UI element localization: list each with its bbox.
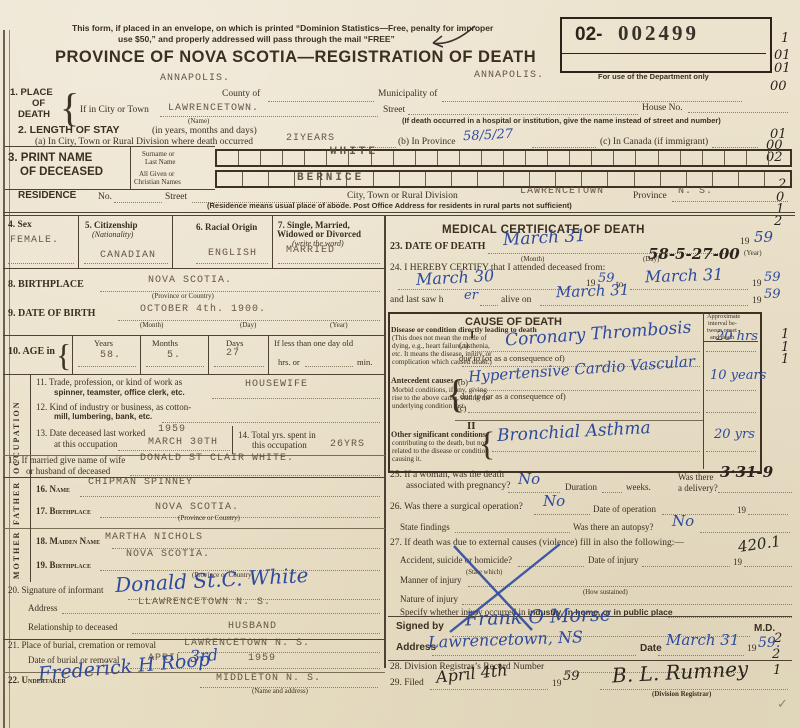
sex-value: FEMALE. bbox=[10, 236, 59, 247]
rule bbox=[72, 335, 73, 374]
name-letter-cell bbox=[239, 151, 261, 165]
duration-label: Duration bbox=[565, 483, 597, 492]
name-letter-cell bbox=[504, 172, 530, 186]
age-label: 10. AGE in bbox=[8, 347, 55, 358]
given-names-sublabel: Christian Names bbox=[134, 179, 181, 186]
municipality-value: ANNAPOLIS. bbox=[474, 71, 544, 82]
trade-label: spinner, teamster, office clerk, etc. bbox=[54, 389, 185, 397]
dotted-rule bbox=[706, 451, 756, 452]
dotted-rule bbox=[305, 366, 353, 367]
autopsy-answer-handwriting: No bbox=[672, 514, 694, 530]
dotted-rule bbox=[706, 390, 756, 391]
name-letter-cell bbox=[416, 151, 438, 165]
cause-a-interval-handwriting: 20 hrs bbox=[716, 330, 758, 344]
surname-sublabel: Last Name bbox=[145, 159, 176, 166]
signed-date-handwriting: March 31 bbox=[666, 633, 739, 649]
dotted-rule bbox=[162, 422, 380, 423]
dotted-rule bbox=[196, 263, 268, 264]
rule bbox=[3, 528, 385, 529]
dotted-rule bbox=[706, 412, 756, 413]
death-certificate-document: This form, if placed in an envelope, on … bbox=[0, 0, 800, 728]
dotted-rule bbox=[744, 566, 792, 567]
delivery-code-handwriting: 3·31-9 bbox=[720, 465, 773, 481]
month-sublabel: (Month) bbox=[140, 322, 163, 329]
dotted-rule bbox=[114, 202, 162, 203]
margin-code: 01 bbox=[774, 62, 791, 76]
name-letter-cell bbox=[217, 151, 239, 165]
year-handwriting: 59 bbox=[754, 230, 773, 246]
physician-address-handwriting: Lawrencetown, NS bbox=[428, 629, 583, 651]
year-printed: 19 bbox=[552, 680, 562, 690]
dotted-rule bbox=[540, 305, 748, 306]
last-worked-label: 13. Date deceased last worked bbox=[36, 429, 145, 438]
date-of-death-label: 23. DATE OF DEATH bbox=[390, 242, 485, 253]
check-mark: ✓ bbox=[777, 697, 788, 711]
name-letter-cell bbox=[765, 172, 790, 186]
binding-edge-line bbox=[3, 30, 5, 728]
delivery-label: a delivery? bbox=[678, 484, 718, 493]
pen-arrow-mark bbox=[425, 22, 477, 50]
father-birthplace-value: NOVA SCOTIA. bbox=[155, 503, 239, 514]
name-letter-cell bbox=[374, 172, 400, 186]
trade-value: HOUSEWIFE bbox=[245, 380, 308, 391]
birthplace-sublabel: (Province or Country) bbox=[152, 293, 214, 300]
stamp-caption: For use of the Department only bbox=[598, 73, 709, 81]
year-handwriting: 59 bbox=[764, 271, 781, 285]
margin-code: 1 bbox=[781, 32, 789, 46]
s2b-value-handwriting: 58/5/27 bbox=[463, 128, 514, 144]
findings-label: State findings bbox=[400, 523, 450, 532]
s1-number-label: 1. PLACE bbox=[10, 88, 53, 98]
name-sublabel: (Name) bbox=[188, 118, 209, 125]
dotted-rule bbox=[602, 492, 622, 493]
binding-edge-line bbox=[9, 30, 10, 728]
dotted-rule bbox=[8, 263, 74, 264]
rule bbox=[3, 335, 385, 336]
rule bbox=[172, 215, 173, 268]
age-years-value: 58. bbox=[100, 351, 121, 362]
year-handwriting: 59 bbox=[764, 288, 781, 302]
name-letter-cell bbox=[452, 172, 478, 186]
mother-maiden-name-label: 18. Maiden Name bbox=[36, 537, 100, 546]
date-of-birth-value: OCTOBER 4th. 1900. bbox=[140, 305, 266, 316]
name-letter-cell bbox=[681, 151, 703, 165]
delivery-label: Was there bbox=[678, 473, 714, 482]
dotted-rule bbox=[132, 633, 380, 634]
column-divider bbox=[384, 215, 386, 668]
signed-by-label: Signed by bbox=[396, 622, 444, 633]
signed-date-label: Date bbox=[640, 644, 662, 655]
age-months-label: Months bbox=[152, 339, 178, 348]
rule bbox=[3, 212, 795, 213]
residence-city-value: LAWRENCETOWN bbox=[520, 187, 604, 198]
spouse-label: 15. If married give name of wife bbox=[8, 456, 125, 465]
dotted-rule bbox=[84, 263, 168, 264]
operation-date-label: Date of operation bbox=[593, 505, 656, 514]
margin-code: 1 bbox=[781, 353, 789, 367]
given-names-value: BERNICE bbox=[297, 173, 364, 185]
dotted-rule bbox=[658, 655, 744, 656]
dotted-rule bbox=[480, 305, 498, 306]
dotted-rule bbox=[630, 289, 748, 290]
rule bbox=[268, 335, 269, 374]
name-letter-cell bbox=[261, 151, 283, 165]
city-town-value: LAWRENCETOWN. bbox=[168, 104, 259, 115]
filed-label: 29. Filed bbox=[390, 679, 424, 689]
county-value: ANNAPOLIS. bbox=[160, 74, 230, 85]
surname-box-row bbox=[215, 149, 792, 167]
name-letter-cell bbox=[614, 151, 636, 165]
cause-code-handwriting: 420.1 bbox=[737, 534, 782, 556]
dotted-rule bbox=[748, 514, 788, 515]
year-sublabel: (Year) bbox=[744, 250, 762, 257]
rule bbox=[30, 528, 31, 582]
dotted-rule bbox=[100, 291, 380, 292]
injury-date-label: Date of injury bbox=[588, 556, 638, 565]
dotted-rule bbox=[472, 351, 700, 352]
residence-no-label: No. bbox=[98, 193, 112, 203]
father-birthplace-label: 17. Birthplace bbox=[36, 507, 91, 516]
year-printed: 19 bbox=[733, 558, 742, 567]
dotted-rule bbox=[706, 351, 756, 352]
racial-origin-label: 6. Racial Origin bbox=[196, 223, 257, 232]
margin-code: 1 bbox=[773, 664, 781, 678]
relationship-value: HUSBAND bbox=[228, 622, 277, 633]
name-letter-cell bbox=[703, 151, 725, 165]
age-years-label: Years bbox=[94, 339, 113, 348]
rule bbox=[208, 335, 209, 374]
weeks-label: weeks. bbox=[626, 483, 651, 492]
mail-note-line2: use $50,” and properly addressed will pa… bbox=[118, 35, 395, 44]
last-worked-label: at this occupation bbox=[54, 440, 117, 449]
name-letter-cell bbox=[769, 151, 790, 165]
city-town-label: If in City or Town bbox=[80, 106, 149, 116]
autopsy-label: Was there an autopsy? bbox=[573, 523, 654, 532]
s3-title: 3. PRINT NAME bbox=[8, 152, 92, 164]
citizenship-sublabel: (Nationality) bbox=[92, 231, 133, 239]
name-letter-cell bbox=[659, 151, 681, 165]
father-name-value: CHIPMAN SPINNEY bbox=[88, 478, 193, 489]
dotted-rule bbox=[492, 451, 700, 452]
name-letter-cell bbox=[478, 172, 504, 186]
name-letter-cell bbox=[570, 151, 592, 165]
dotted-rule bbox=[534, 514, 590, 515]
name-letter-cell bbox=[592, 151, 614, 165]
name-letter-cell bbox=[530, 172, 556, 186]
last-saw-date-handwriting: March 31 bbox=[556, 283, 630, 301]
s1-number-label: DEATH bbox=[18, 110, 50, 120]
name-letter-cell bbox=[747, 151, 769, 165]
rule bbox=[3, 477, 385, 478]
father-birthplace-sublabel: (Province or Country) bbox=[178, 515, 240, 522]
industry-label: mill, lumbering, bank, etc. bbox=[54, 413, 152, 421]
total-years-value: 26YRS bbox=[330, 440, 365, 451]
other-conditions-interval-handwriting: 20 yrs bbox=[714, 428, 755, 442]
birthplace-label: 8. BIRTHPLACE bbox=[8, 280, 84, 291]
burial-date-year-value: 1959 bbox=[248, 654, 276, 665]
attended-from-handwriting: March 30 bbox=[416, 268, 495, 289]
date-of-death-handwriting: March 31 bbox=[503, 228, 587, 250]
surname-value: WHITE bbox=[330, 147, 378, 159]
sex-label: 4. Sex bbox=[8, 221, 32, 231]
name-letter-cell bbox=[504, 151, 526, 165]
dotted-rule bbox=[118, 450, 230, 451]
s3-title: OF DECEASED bbox=[20, 166, 103, 178]
name-letter-cell bbox=[548, 151, 570, 165]
date-of-birth-label: 9. DATE OF BIRTH bbox=[8, 309, 95, 320]
dotted-rule bbox=[430, 689, 548, 690]
dotted-rule bbox=[80, 496, 380, 497]
name-letter-cell bbox=[217, 172, 243, 186]
pregnancy-label: 25. If a woman, was the death bbox=[390, 471, 504, 481]
name-letter-cell bbox=[608, 172, 634, 186]
burial-place-label: 21. Place of burial, cremation or remova… bbox=[8, 641, 156, 650]
mother-side-label: MOTHER bbox=[12, 533, 21, 579]
dotted-rule bbox=[146, 366, 204, 367]
name-letter-cell bbox=[636, 151, 658, 165]
how-sustained-sublabel: (How sustained) bbox=[583, 589, 628, 596]
name-letter-cell bbox=[739, 172, 765, 186]
name-letter-cell bbox=[526, 151, 548, 165]
spouse-label: or husband of deceased bbox=[26, 467, 110, 476]
operation-label: 26. Was there a surgical operation? bbox=[390, 503, 523, 513]
residence-note: (Residence means usual place of abode. P… bbox=[207, 202, 572, 210]
last-saw-label: and last saw h bbox=[390, 296, 444, 306]
name-letter-cell bbox=[305, 151, 327, 165]
form-title: PROVINCE OF NOVA SCOTIA—REGISTRATION OF … bbox=[55, 49, 536, 66]
rule bbox=[232, 426, 233, 454]
name-letter-cell bbox=[661, 172, 687, 186]
name-letter-cell bbox=[635, 172, 661, 186]
dotted-rule bbox=[160, 116, 378, 117]
father-side-label: FATHER bbox=[12, 483, 21, 525]
relationship-label: Relationship to deceased bbox=[28, 623, 117, 632]
day-sublabel: (Day) bbox=[240, 322, 256, 329]
dotted-rule bbox=[532, 147, 596, 148]
division-registrar-signature-handwriting: B. L. Rumney bbox=[612, 658, 749, 686]
dotted-rule bbox=[468, 412, 700, 413]
brace: { bbox=[56, 337, 71, 374]
name-letter-cell bbox=[438, 151, 460, 165]
age-less-than-day-label: If less than one day old bbox=[274, 339, 353, 348]
registration-prefix: 02- bbox=[575, 25, 602, 45]
dotted-rule bbox=[214, 366, 264, 367]
year-sublabel: (Year) bbox=[330, 322, 348, 329]
marital-status-value: MARRIED bbox=[286, 246, 335, 257]
year-printed: 19 bbox=[752, 297, 762, 307]
county-label: County of bbox=[222, 90, 260, 100]
s2-title: 2. LENGTH OF STAY bbox=[18, 125, 120, 136]
rule bbox=[30, 477, 31, 528]
rule bbox=[3, 268, 385, 269]
operation-answer-handwriting: No bbox=[543, 494, 565, 510]
street-label: Street bbox=[383, 106, 405, 116]
age-hrs-label: hrs. or bbox=[278, 358, 300, 367]
citizenship-value: CANADIAN bbox=[100, 251, 156, 262]
racial-origin-value: ENGLISH bbox=[208, 249, 257, 260]
physician-signature-handwriting: Frank O Morse bbox=[465, 605, 612, 630]
name-letter-cell bbox=[556, 172, 582, 186]
rule bbox=[140, 335, 141, 374]
due-to-label: due to (or as a consequence of) bbox=[460, 392, 566, 401]
brace: { bbox=[479, 426, 495, 464]
attended-to-handwriting: March 31 bbox=[645, 267, 724, 287]
rule bbox=[703, 312, 704, 469]
residence-label: RESIDENCE bbox=[18, 191, 76, 202]
trade-label: 11. Trade, profession, or kind of work a… bbox=[36, 378, 182, 387]
total-years-label: this occupation bbox=[252, 441, 307, 450]
dotted-rule bbox=[442, 101, 742, 102]
rule bbox=[130, 146, 131, 189]
rule bbox=[562, 53, 766, 54]
name-letter-cell bbox=[482, 151, 504, 165]
name-letter-cell bbox=[725, 151, 747, 165]
cause-b-interval-handwriting: 10 years bbox=[710, 369, 766, 383]
margin-code: 00 bbox=[770, 80, 787, 94]
dotted-rule bbox=[432, 655, 636, 656]
mother-maiden-name-value: MARTHA NICHOLS bbox=[105, 533, 203, 544]
name-letter-cell bbox=[243, 172, 269, 186]
name-letter-cell bbox=[460, 151, 482, 165]
registration-number: 002499 bbox=[618, 22, 699, 44]
dotted-rule bbox=[668, 617, 792, 618]
rule bbox=[3, 215, 795, 216]
name-letter-cell bbox=[426, 172, 452, 186]
mother-birthplace-label: 19. Birthplace bbox=[36, 561, 91, 570]
rule bbox=[78, 215, 79, 268]
hospital-note: (If death occurred in a hospital or inst… bbox=[402, 117, 721, 125]
dotted-rule bbox=[212, 398, 380, 399]
year-printed: 19 bbox=[740, 238, 750, 248]
birthplace-value: NOVA SCOTIA. bbox=[148, 276, 232, 287]
cause-b-label: (b) bbox=[458, 378, 468, 387]
municipality-label: Municipality of bbox=[378, 90, 437, 100]
name-letter-cell bbox=[713, 172, 739, 186]
other-conditions-label: causing it. bbox=[392, 456, 422, 464]
dotted-rule bbox=[688, 112, 788, 113]
last-worked-year-value: 1959 bbox=[158, 425, 186, 436]
year-handwriting: 59. bbox=[758, 636, 780, 651]
dotted-rule bbox=[62, 613, 380, 614]
dotted-rule bbox=[712, 147, 758, 148]
s2c-label: (c) In Canada (if immigrant) bbox=[600, 138, 708, 148]
dotted-rule bbox=[278, 263, 380, 264]
registration-code-handwriting: 58-5-27-00 bbox=[648, 247, 740, 263]
age-min-label: min. bbox=[357, 358, 372, 367]
age-months-value: 5. bbox=[167, 351, 181, 362]
father-name-label: 16. Name bbox=[36, 485, 70, 494]
cause-a-label: (a) bbox=[459, 341, 468, 350]
dotted-rule bbox=[455, 532, 570, 533]
rule bbox=[5, 146, 215, 147]
undertaker-address-value: MIDDLETON N. S. bbox=[216, 674, 321, 685]
antecedent-label: Antecedent causes bbox=[391, 377, 453, 385]
alive-on-label: alive on bbox=[501, 296, 531, 306]
year-handwriting: 59 bbox=[563, 670, 580, 684]
age-days-value: 27 bbox=[226, 349, 240, 360]
name-letter-cell bbox=[687, 172, 713, 186]
rule bbox=[3, 374, 385, 375]
pregnancy-answer-handwriting: No bbox=[518, 472, 540, 488]
dotted-rule bbox=[672, 201, 788, 202]
s2a-value: 2IYEARS bbox=[286, 134, 335, 145]
pregnancy-label: associated with pregnancy? bbox=[406, 482, 510, 492]
residence-province-label: Province bbox=[633, 192, 667, 202]
dotted-rule bbox=[268, 101, 374, 102]
dotted-rule bbox=[130, 475, 380, 476]
year-printed: 19 bbox=[747, 645, 757, 655]
name-letter-cell bbox=[400, 172, 426, 186]
residence-street-label: Street bbox=[165, 193, 187, 203]
s1-number-label: OF bbox=[32, 99, 45, 109]
house-no-label: House No. bbox=[642, 104, 683, 114]
cause-c-label: (c) bbox=[457, 404, 466, 413]
informant-signature-label: 20. Signature of informant bbox=[8, 586, 103, 595]
name-letter-cell bbox=[394, 151, 416, 165]
spouse-value: DONALD ST CLAIR WHITE. bbox=[140, 454, 294, 465]
dotted-rule bbox=[78, 366, 136, 367]
s2-title-sub: (in years, months and days) bbox=[152, 127, 257, 137]
informant-address-label: Address bbox=[28, 604, 58, 613]
name-letter-cell bbox=[269, 172, 295, 186]
informant-address-value: LLAWRENCETOWN N. S. bbox=[138, 598, 271, 609]
dotted-rule bbox=[642, 566, 730, 567]
md-label: M.D. bbox=[754, 624, 775, 635]
year-printed: 19 bbox=[737, 506, 746, 515]
year-printed: 19 bbox=[752, 280, 762, 290]
last-worked-date-value: MARCH 30TH bbox=[148, 438, 218, 449]
name-letter-cell bbox=[582, 172, 608, 186]
last-saw-her-handwriting: er bbox=[464, 289, 478, 303]
dotted-rule bbox=[408, 114, 638, 115]
s2b-label: (b) In Province bbox=[398, 138, 456, 148]
dotted-rule bbox=[100, 517, 380, 518]
division-registrar-sublabel: (Division Registrar) bbox=[652, 691, 711, 698]
undertaker-sublabel: (Name and address) bbox=[252, 688, 308, 695]
dotted-rule bbox=[718, 492, 792, 493]
rule bbox=[272, 215, 273, 268]
margin-code: 2 bbox=[774, 215, 782, 229]
filed-date-handwriting: April 4th bbox=[435, 662, 508, 686]
age-days-label: Days bbox=[226, 339, 243, 348]
name-letter-cell bbox=[283, 151, 305, 165]
residence-province-value: N. S. bbox=[678, 187, 713, 198]
mother-birthplace-value: NOVA SCOTIA. bbox=[126, 550, 210, 561]
